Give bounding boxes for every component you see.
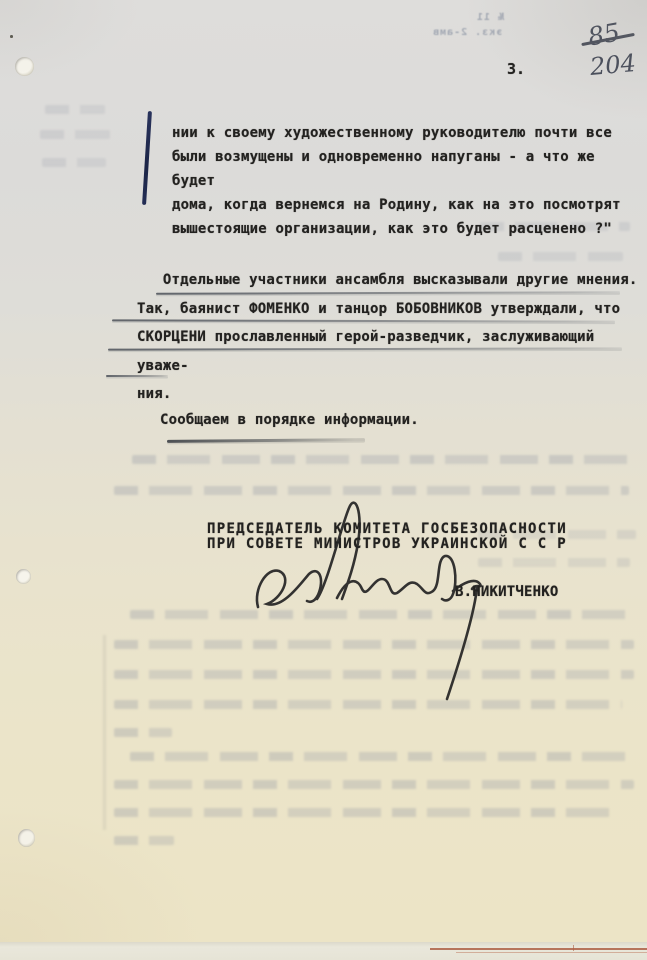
mirrored-bleed-mark: экз. 2-амв xyxy=(432,27,502,38)
paragraph-opinions: Отдельные участники ансамбля высказывали… xyxy=(137,266,647,409)
punch-hole xyxy=(18,829,35,847)
page-number: 3. xyxy=(507,60,525,78)
signer-name: В.НИКИТЧЕНКО xyxy=(455,584,559,600)
bleed-through-line xyxy=(40,130,110,139)
bleed-through-line xyxy=(45,105,105,114)
bleed-through-line xyxy=(478,558,630,567)
paper-speck xyxy=(10,35,13,38)
handwritten-number-crossed: 85 xyxy=(586,17,622,51)
bleed-through-line xyxy=(498,252,623,261)
red-table-line xyxy=(430,948,647,950)
paragraph-quote-continuation: нии к своему художественному руководител… xyxy=(172,121,642,241)
bleed-through-line xyxy=(130,752,632,761)
bleed-through-line xyxy=(114,780,634,789)
margin-pen-mark xyxy=(142,111,151,205)
bleed-through-line xyxy=(114,808,619,817)
mirrored-bleed-mark: № 11 xyxy=(476,12,504,23)
handwritten-number: 204 xyxy=(589,49,637,81)
closing-line: Сообщаем в порядке информации. xyxy=(160,412,419,428)
document-page: № 11 экз. 2-амв 85 204 3. нии к своему х… xyxy=(0,0,647,942)
red-table-line xyxy=(456,952,647,953)
bleed-through-crease xyxy=(103,635,106,830)
pencil-underline xyxy=(167,438,365,443)
punch-hole xyxy=(16,569,31,584)
bleed-through-line xyxy=(132,455,630,464)
bleed-through-line xyxy=(42,158,106,167)
punch-hole xyxy=(15,57,34,76)
bleed-through-line xyxy=(114,836,174,845)
bleed-through-line xyxy=(114,728,172,737)
red-table-tick xyxy=(573,945,574,951)
pencil-underline xyxy=(106,375,168,377)
